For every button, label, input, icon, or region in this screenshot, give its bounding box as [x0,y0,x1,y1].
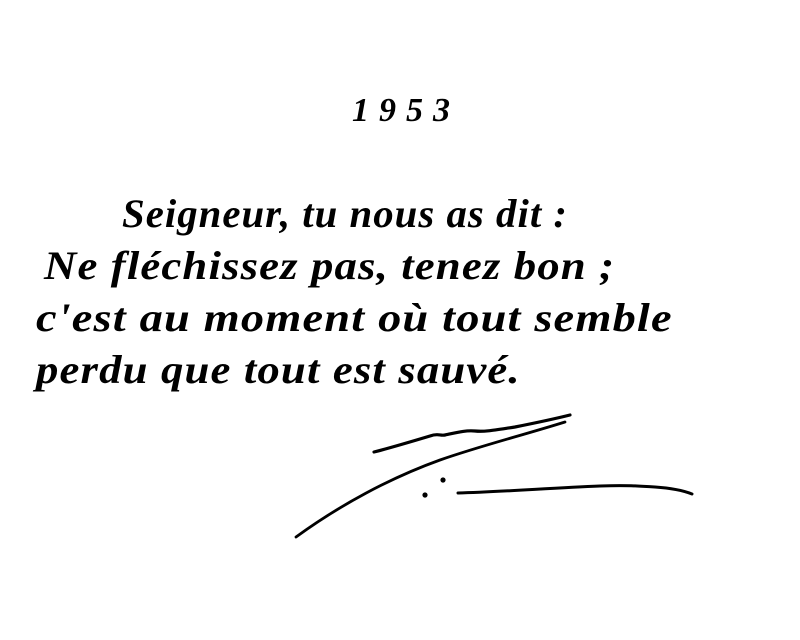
text-line-1: Seigneur, tu nous as dit : [122,190,568,237]
handwritten-page: 1953 Seigneur, tu nous as dit : Ne fléch… [0,0,800,640]
text-line-2: Ne fléchissez pas, tenez bon ; [44,242,615,289]
text-line-4: perdu que tout est sauvé. [36,346,521,393]
text-line-3: c'est au moment où tout semble [36,294,673,341]
year-heading: 1953 [352,92,460,130]
signature-icon [280,400,710,550]
